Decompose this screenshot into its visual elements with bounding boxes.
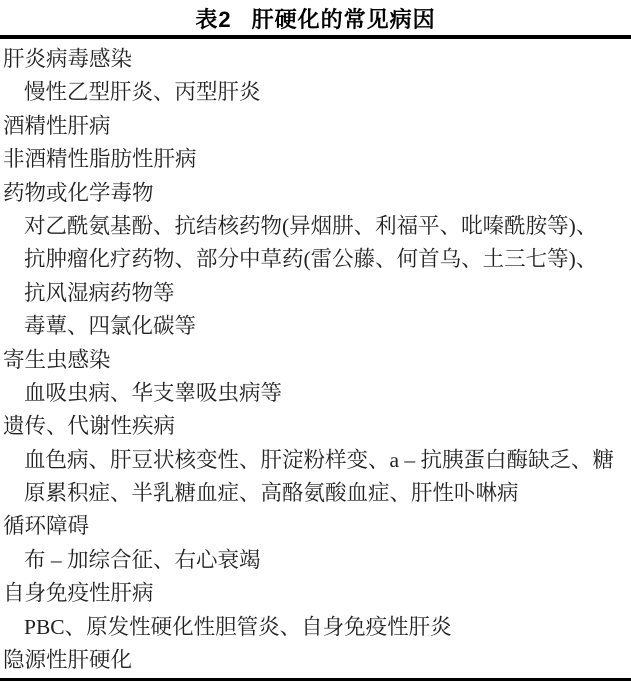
table-row: 药物或化学毒物: [3, 177, 631, 210]
table-row: 抗风湿病药物等: [3, 277, 631, 310]
table-row: 毒蕈、四氯化碳等: [3, 310, 631, 343]
scanned-table-page: 表2肝硬化的常见病因 肝炎病毒感染 慢性乙型肝炎、丙型肝炎 酒精性肝病 非酒精性…: [0, 0, 631, 692]
table-row: 布 – 加综合征、右心衰竭: [3, 544, 631, 577]
bottom-rule: [0, 678, 631, 681]
table-caption: 表2肝硬化的常见病因: [0, 0, 631, 33]
table-row: 循环障碍: [3, 510, 631, 543]
table-row: 原累积症、半乳糖血症、高酪氨酸血症、肝性卟啉病: [3, 477, 631, 510]
table-row: 慢性乙型肝炎、丙型肝炎: [3, 76, 631, 109]
table-row: 隐源性肝硬化: [3, 644, 631, 677]
table-row: 遗传、代谢性疾病: [3, 410, 631, 443]
table-row: 对乙酰氨基酚、抗结核药物(异烟肼、利福平、吡嗪酰胺等)、: [3, 210, 631, 243]
table-row: 血色病、肝豆状核变性、肝淀粉样变、a – 抗胰蛋白酶缺乏、糖: [3, 444, 631, 477]
table-number: 表2: [195, 7, 231, 32]
table-row: 非酒精性脂肪性肝病: [3, 143, 631, 176]
table-row: 自身免疫性肝病: [3, 577, 631, 610]
table-row: 肝炎病毒感染: [3, 43, 631, 76]
table-row: PBC、原发性硬化性胆管炎、自身免疫性肝炎: [3, 611, 631, 644]
table-row: 酒精性肝病: [3, 110, 631, 143]
table-row: 寄生虫感染: [3, 344, 631, 377]
table-row: 血吸虫病、华支睾吸虫病等: [3, 377, 631, 410]
table-title: 肝硬化的常见病因: [252, 7, 436, 32]
table-row: 抗肿瘤化疗药物、部分中草药(雷公藤、何首乌、土三七等)、: [3, 243, 631, 276]
table-body: 肝炎病毒感染 慢性乙型肝炎、丙型肝炎 酒精性肝病 非酒精性脂肪性肝病 药物或化学…: [0, 39, 631, 677]
